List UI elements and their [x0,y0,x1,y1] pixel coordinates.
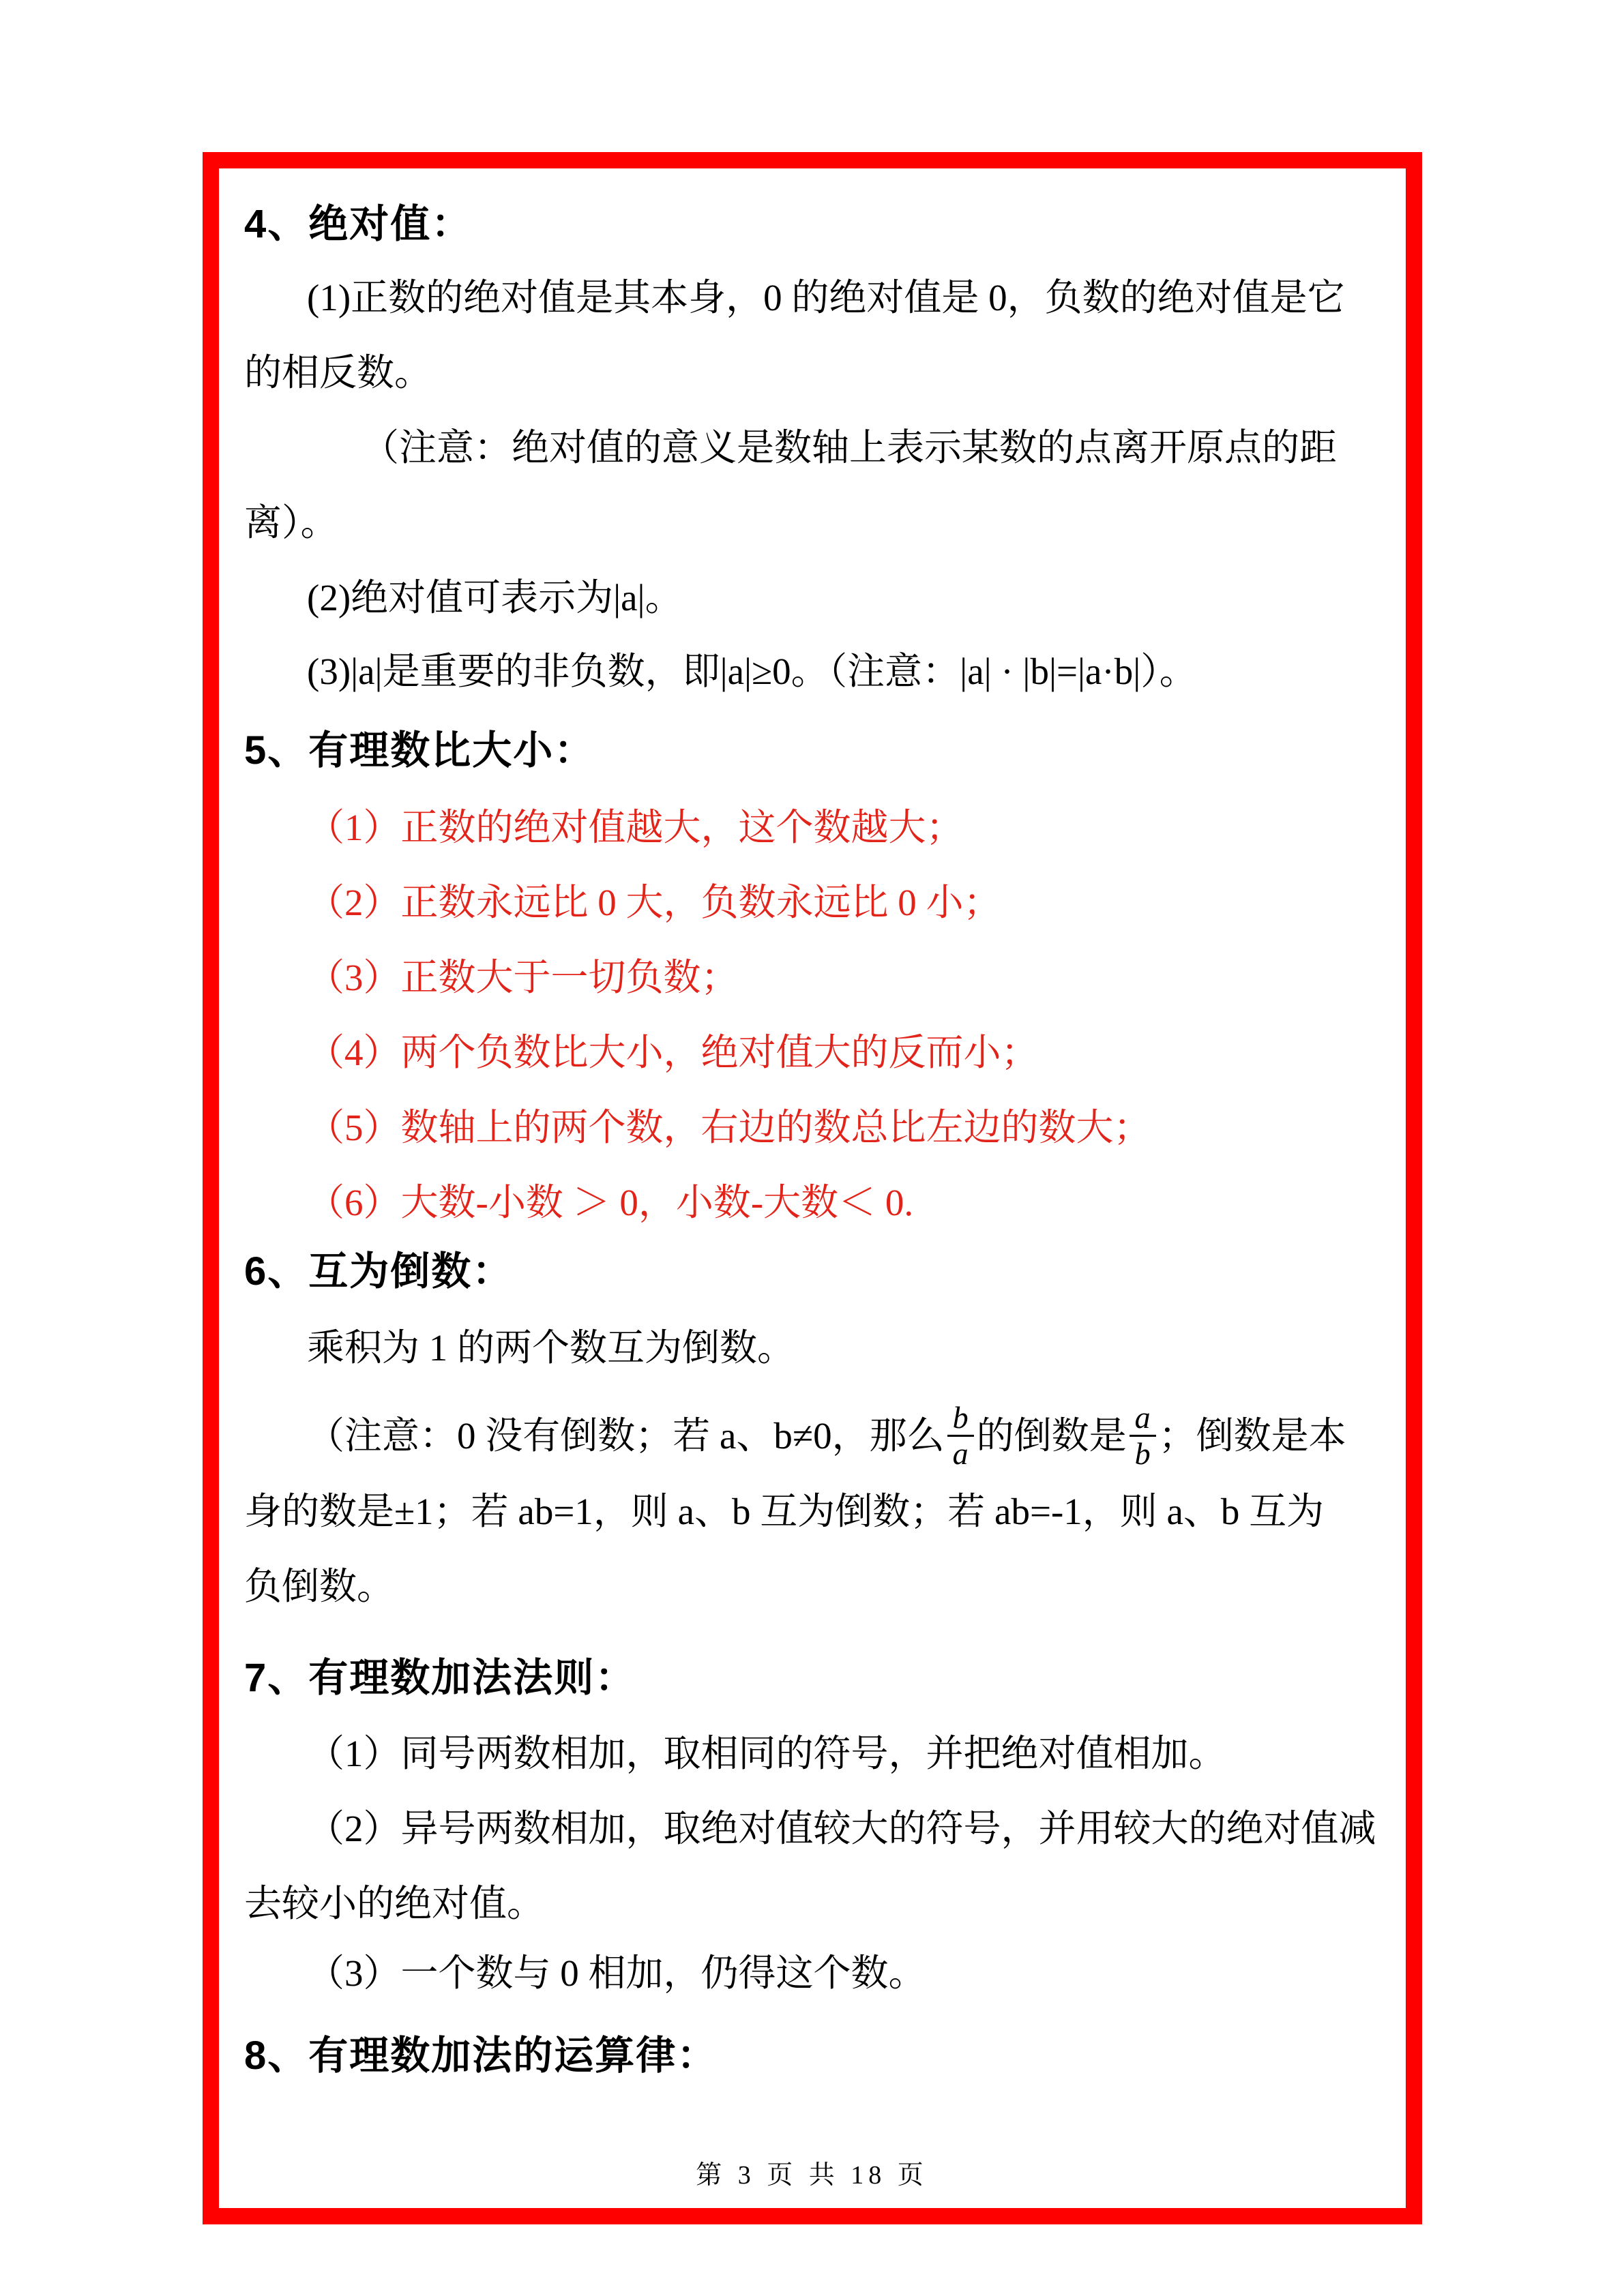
section-6-note-line-3: 负倒数。 [244,1565,394,1608]
section-7-item-2-line-2: 去较小的绝对值。 [244,1882,544,1925]
section-6-note-line-1: （注意：0 没有倒数；若 a、b≠0，那么ba的倒数是ab；倒数是本 [307,1406,1346,1474]
section-5-item-2: （2）正数永远比 0 大，负数永远比 0 小； [307,881,1001,924]
section-7-item-1: （1）同号两数相加，取相同的符号，并把绝对值相加。 [307,1732,1226,1775]
section-8-heading: 8、有理数加法的运算律： [244,2033,718,2079]
section-4-item-2: (2)绝对值可表示为|a|。 [307,576,683,619]
note-post-text: ；倒数是本 [1159,1415,1346,1457]
section-5-item-1: （1）正数的绝对值越大，这个数越大； [307,806,964,849]
section-7-item-3: （3）一个数与 0 相加，仍得这个数。 [307,1952,926,1995]
section-5-item-4: （4）两个负数比大小，绝对值大的反而小； [307,1031,1039,1074]
note-pre-text: （注意：0 没有倒数；若 a、b≠0，那么 [307,1415,945,1457]
fraction-numerator: a [1130,1402,1156,1437]
section-4-item-3: (3)|a|是重要的非负数，即|a|≥0。（注意：|a| · |b|=|a·b|… [307,650,1197,693]
fraction-a-over-b: ab [1130,1402,1156,1470]
section-7-item-2-line-1: （2）异号两数相加，取绝对值较大的符号，并用较大的绝对值减 [307,1807,1376,1850]
section-4-item-1-line-2: 的相反数。 [244,351,432,394]
fraction-denominator: a [947,1437,974,1470]
fraction-b-over-a: ba [947,1402,974,1470]
note-mid-text: 的倒数是 [977,1415,1127,1457]
section-6-note-line-2: 身的数是±1；若 ab=1，则 a、b 互为倒数；若 ab=-1，则 a、b 互… [244,1490,1324,1533]
section-6-heading: 6、互为倒数： [244,1249,513,1295]
section-7-heading: 7、有理数加法法则： [244,1656,636,1701]
section-4-note-line-2: 离）。 [244,501,338,544]
fraction-denominator: b [1130,1437,1156,1470]
section-5-heading: 5、有理数比大小： [244,728,595,774]
section-4-heading: 4、绝对值： [244,202,472,248]
fraction-numerator: b [947,1402,974,1437]
section-4-note-line-1: （注意：绝对值的意义是数轴上表示某数的点离开原点的距 [361,426,1337,469]
section-6-body: 乘积为 1 的两个数互为倒数。 [307,1326,795,1369]
document-page: 4、绝对值： (1)正数的绝对值是其本身，0 的绝对值是 0，负数的绝对值是它 … [0,0,1624,2296]
section-5-item-5: （5）数轴上的两个数，右边的数总比左边的数大； [307,1106,1151,1149]
section-5-item-6: （6）大数-小数 ＞ 0，小数-大数＜ 0. [307,1181,913,1224]
section-4-item-1-line-1: (1)正数的绝对值是其本身，0 的绝对值是 0，负数的绝对值是它 [307,276,1345,319]
section-5-item-3: （3）正数大于一切负数； [307,956,739,999]
page-number-footer: 第 3 页 共 18 页 [0,2153,1624,2191]
